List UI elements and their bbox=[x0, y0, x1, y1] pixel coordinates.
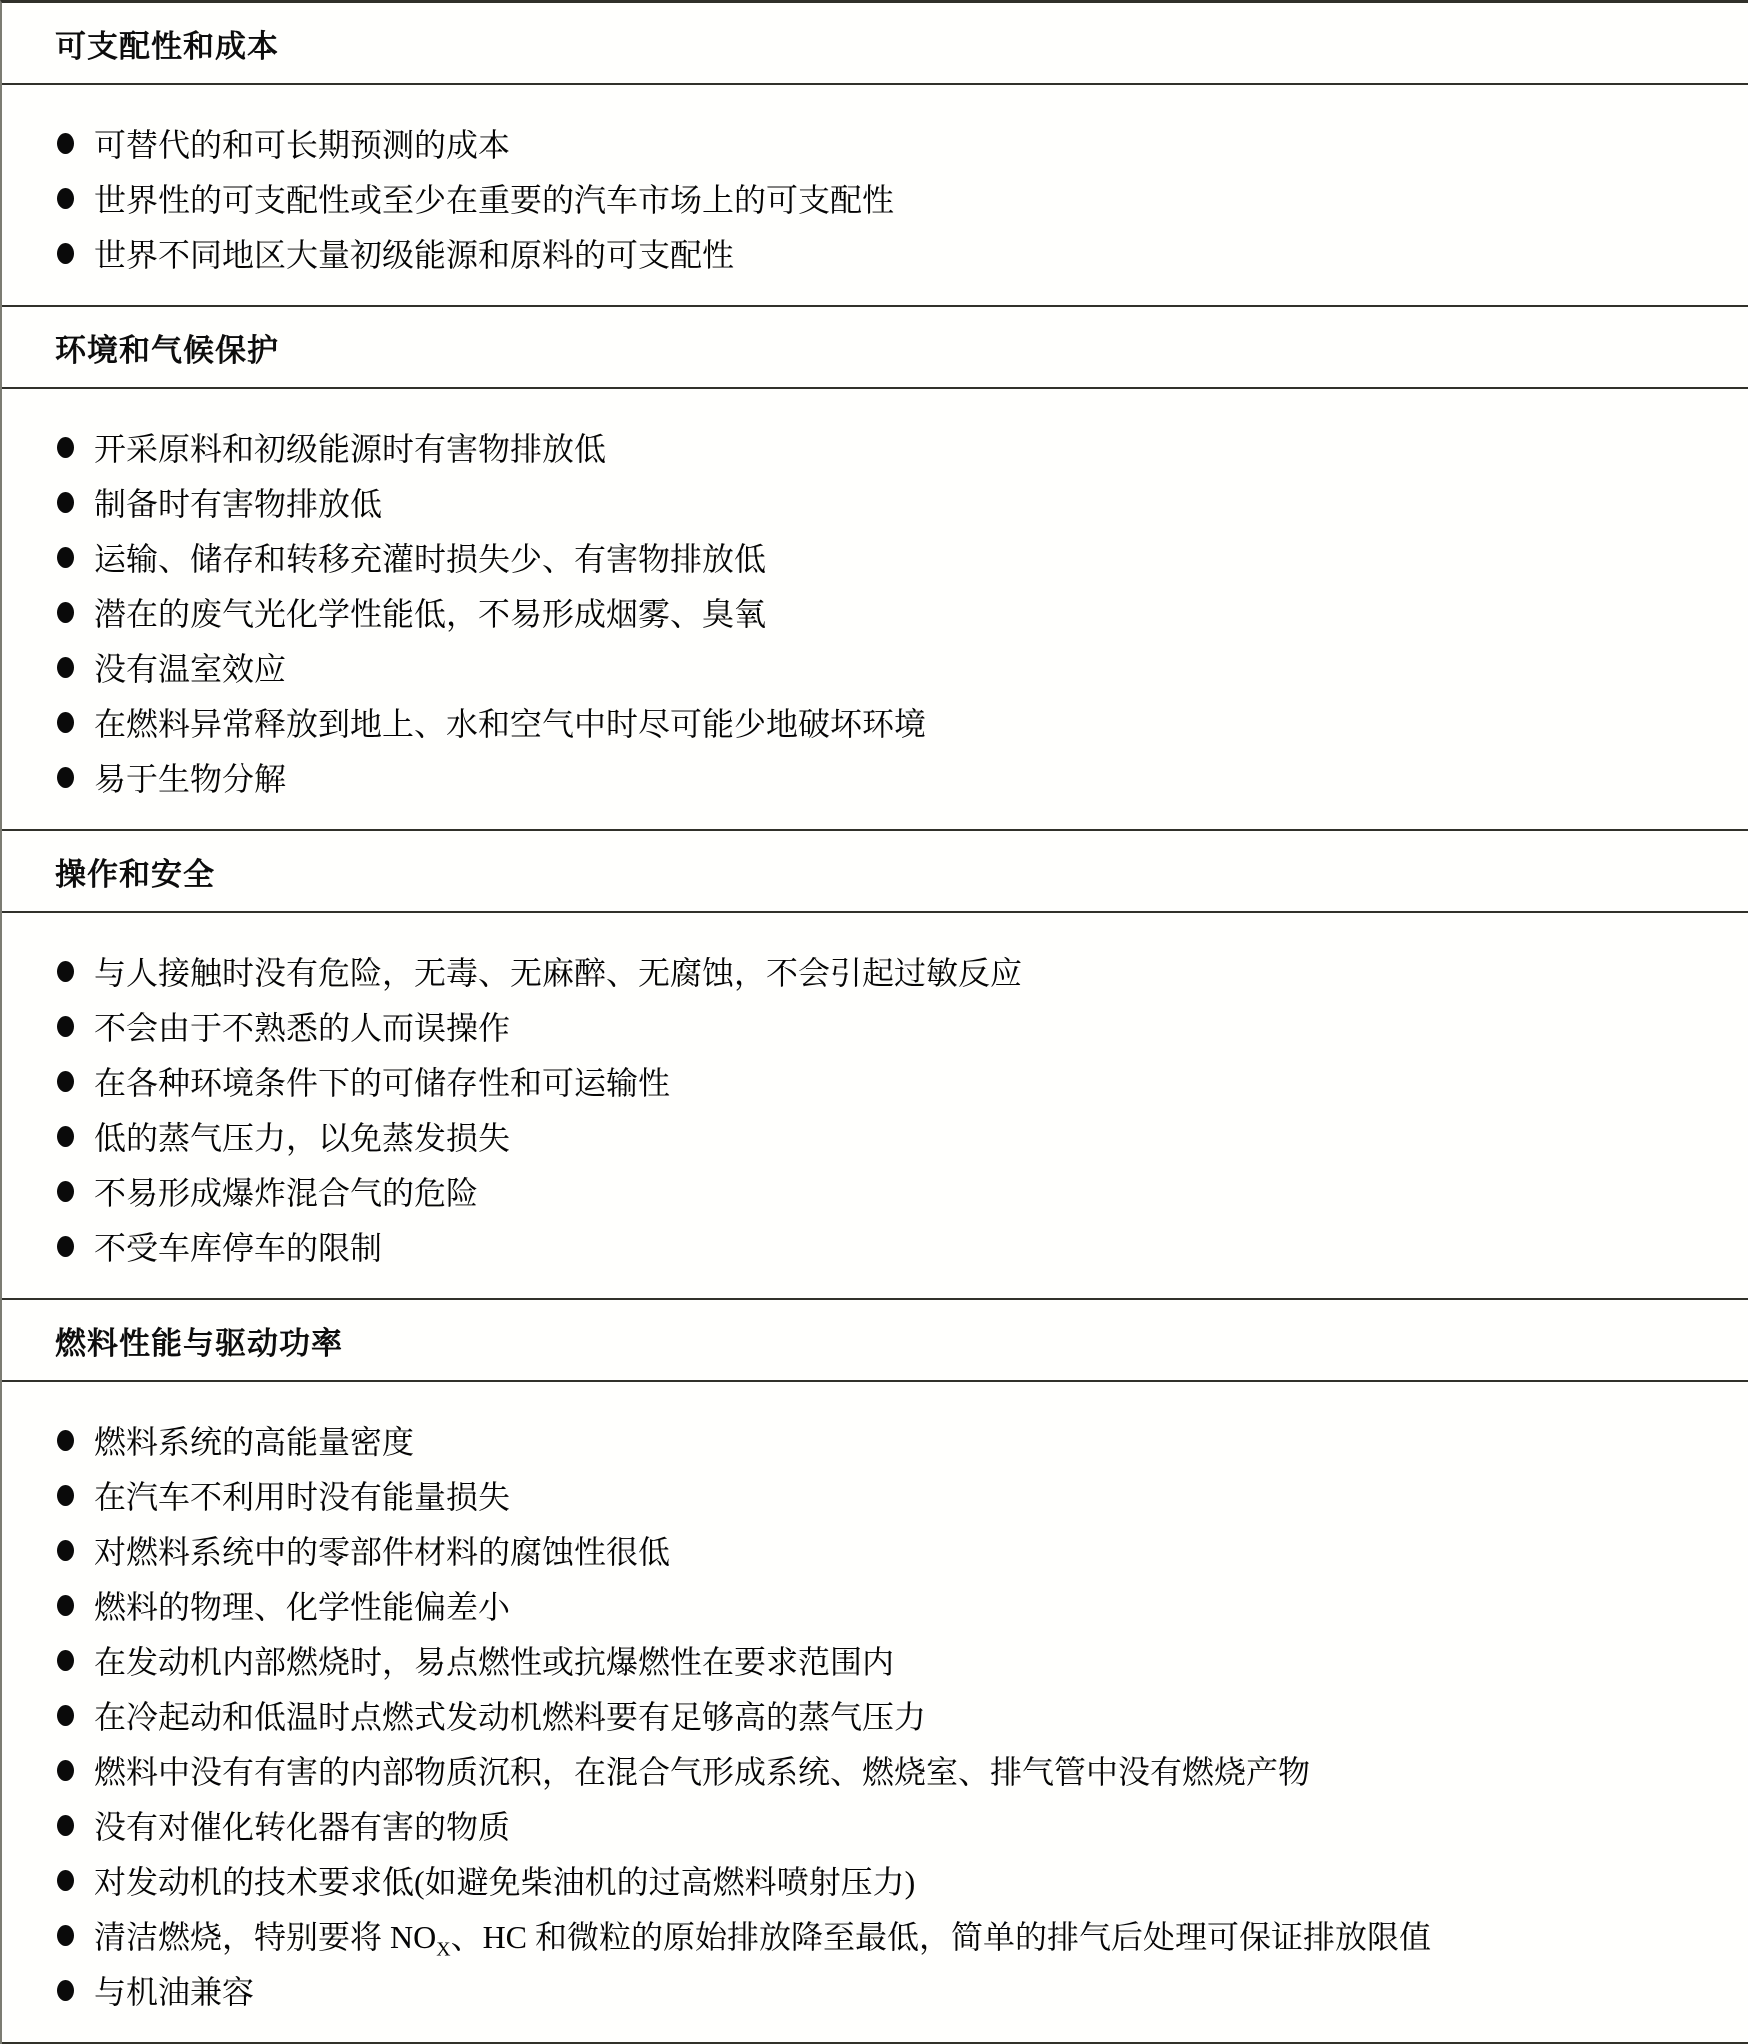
bullet-icon bbox=[57, 492, 74, 513]
section-title: 燃料性能与驱动功率 bbox=[55, 1318, 343, 1363]
list-item-text: 运输、储存和转移充灌时损失少、有害物排放低 bbox=[94, 532, 766, 587]
list-item: 潜在的废气光化学性能低，不易形成烟雾、臭氧 bbox=[2, 587, 1748, 642]
bullet-icon bbox=[57, 243, 74, 264]
list-item-text: 燃料的物理、化学性能偏差小 bbox=[94, 1580, 510, 1635]
list-item-text: 世界不同地区大量初级能源和原料的可支配性 bbox=[94, 228, 734, 283]
bullet-icon bbox=[57, 188, 74, 209]
list-item: 可替代的和可长期预测的成本 bbox=[2, 118, 1748, 173]
list-item: 与机油兼容 bbox=[2, 1965, 1748, 2020]
section-header-row: 操作和安全 bbox=[2, 831, 1748, 913]
list-item: 制备时有害物排放低 bbox=[2, 477, 1748, 532]
bullet-icon bbox=[57, 1980, 74, 2001]
list-item-text: 开采原料和初级能源时有害物排放低 bbox=[94, 422, 606, 477]
list-item-text: 可替代的和可长期预测的成本 bbox=[94, 118, 510, 173]
list-item: 世界不同地区大量初级能源和原料的可支配性 bbox=[2, 228, 1748, 283]
list-item-text: 没有对催化转化器有害的物质 bbox=[94, 1800, 510, 1855]
list-item: 燃料中没有有害的内部物质沉积，在混合气形成系统、燃烧室、排气管中没有燃烧产物 bbox=[2, 1745, 1748, 1800]
list-item: 易于生物分解 bbox=[2, 752, 1748, 807]
bullet-icon bbox=[57, 1870, 74, 1891]
list-item: 不受车库停车的限制 bbox=[2, 1221, 1748, 1276]
bullet-icon bbox=[57, 1595, 74, 1616]
table-section: 燃料性能与驱动功率 燃料系统的高能量密度 在汽车不利用时没有能量损失 对燃料系统… bbox=[2, 1300, 1748, 2044]
list-item-text: 制备时有害物排放低 bbox=[94, 477, 382, 532]
list-item-text: 潜在的废气光化学性能低，不易形成烟雾、臭氧 bbox=[94, 587, 766, 642]
list-item-text: 低的蒸气压力，以免蒸发损失 bbox=[94, 1111, 510, 1166]
table-section: 可支配性和成本 可替代的和可长期预测的成本 世界性的可支配性或至少在重要的汽车市… bbox=[2, 3, 1748, 307]
list-item: 对燃料系统中的零部件材料的腐蚀性很低 bbox=[2, 1525, 1748, 1580]
list-item-text: 与机油兼容 bbox=[94, 1965, 254, 2020]
section-item-list: 燃料系统的高能量密度 在汽车不利用时没有能量损失 对燃料系统中的零部件材料的腐蚀… bbox=[2, 1382, 1748, 2044]
list-item: 运输、储存和转移充灌时损失少、有害物排放低 bbox=[2, 532, 1748, 587]
section-header-row: 可支配性和成本 bbox=[2, 3, 1748, 85]
list-item-text: 在发动机内部燃烧时，易点燃性或抗爆燃性在要求范围内 bbox=[94, 1635, 894, 1690]
list-item-text: 在各种环境条件下的可储存性和可运输性 bbox=[94, 1056, 670, 1111]
bullet-icon bbox=[57, 1815, 74, 1836]
section-header-row: 环境和气候保护 bbox=[2, 307, 1748, 389]
list-item-text: 对发动机的技术要求低(如避免柴油机的过高燃料喷射压力) bbox=[94, 1855, 915, 1910]
list-item-text: 不易形成爆炸混合气的危险 bbox=[94, 1166, 478, 1221]
bullet-icon bbox=[57, 437, 74, 458]
list-item: 没有温室效应 bbox=[2, 642, 1748, 697]
bullet-icon bbox=[57, 961, 74, 982]
list-item: 不会由于不熟悉的人而误操作 bbox=[2, 1001, 1748, 1056]
list-item: 与人接触时没有危险，无毒、无麻醉、无腐蚀，不会引起过敏反应 bbox=[2, 946, 1748, 1001]
list-item: 在燃料异常释放到地上、水和空气中时尽可能少地破坏环境 bbox=[2, 697, 1748, 752]
list-item-text: 燃料系统的高能量密度 bbox=[94, 1415, 414, 1470]
list-item: 开采原料和初级能源时有害物排放低 bbox=[2, 422, 1748, 477]
bullet-icon bbox=[57, 1236, 74, 1257]
section-item-list: 与人接触时没有危险，无毒、无麻醉、无腐蚀，不会引起过敏反应 不会由于不熟悉的人而… bbox=[2, 913, 1748, 1300]
bullet-icon bbox=[57, 1430, 74, 1451]
list-item: 世界性的可支配性或至少在重要的汽车市场上的可支配性 bbox=[2, 173, 1748, 228]
list-item-text: 世界性的可支配性或至少在重要的汽车市场上的可支配性 bbox=[94, 173, 894, 228]
list-item-text: 易于生物分解 bbox=[94, 752, 286, 807]
section-title: 可支配性和成本 bbox=[55, 21, 279, 66]
list-item-text: 清洁燃烧，特别要将 NOX、HC 和微粒的原始排放降至最低，简单的排气后处理可保… bbox=[94, 1910, 1431, 1965]
bullet-icon bbox=[57, 1705, 74, 1726]
list-item: 燃料系统的高能量密度 bbox=[2, 1415, 1748, 1470]
list-item: 燃料的物理、化学性能偏差小 bbox=[2, 1580, 1748, 1635]
list-item-text: 在冷起动和低温时点燃式发动机燃料要有足够高的蒸气压力 bbox=[94, 1690, 926, 1745]
list-item: 对发动机的技术要求低(如避免柴油机的过高燃料喷射压力) bbox=[2, 1855, 1748, 1910]
list-item: 在发动机内部燃烧时，易点燃性或抗爆燃性在要求范围内 bbox=[2, 1635, 1748, 1690]
bullet-icon bbox=[57, 1650, 74, 1671]
list-item: 不易形成爆炸混合气的危险 bbox=[2, 1166, 1748, 1221]
bullet-icon bbox=[57, 712, 74, 733]
list-item-text: 没有温室效应 bbox=[94, 642, 286, 697]
list-item: 低的蒸气压力，以免蒸发损失 bbox=[2, 1111, 1748, 1166]
list-item-text: 与人接触时没有危险，无毒、无麻醉、无腐蚀，不会引起过敏反应 bbox=[94, 946, 1022, 1001]
section-item-list: 开采原料和初级能源时有害物排放低 制备时有害物排放低 运输、储存和转移充灌时损失… bbox=[2, 389, 1748, 831]
bullet-icon bbox=[57, 657, 74, 678]
section-header-row: 燃料性能与驱动功率 bbox=[2, 1300, 1748, 1382]
fuel-requirements-table: 可支配性和成本 可替代的和可长期预测的成本 世界性的可支配性或至少在重要的汽车市… bbox=[0, 0, 1748, 2044]
list-item-text: 在汽车不利用时没有能量损失 bbox=[94, 1470, 510, 1525]
section-item-list: 可替代的和可长期预测的成本 世界性的可支配性或至少在重要的汽车市场上的可支配性 … bbox=[2, 85, 1748, 307]
list-item: 在各种环境条件下的可储存性和可运输性 bbox=[2, 1056, 1748, 1111]
bullet-icon bbox=[57, 1016, 74, 1037]
list-item: 清洁燃烧，特别要将 NOX、HC 和微粒的原始排放降至最低，简单的排气后处理可保… bbox=[2, 1910, 1748, 1965]
section-title: 操作和安全 bbox=[55, 849, 215, 894]
table-section: 操作和安全 与人接触时没有危险，无毒、无麻醉、无腐蚀，不会引起过敏反应 不会由于… bbox=[2, 831, 1748, 1300]
list-item: 在汽车不利用时没有能量损失 bbox=[2, 1470, 1748, 1525]
list-item-text: 燃料中没有有害的内部物质沉积，在混合气形成系统、燃烧室、排气管中没有燃烧产物 bbox=[94, 1745, 1310, 1800]
list-item-text: 在燃料异常释放到地上、水和空气中时尽可能少地破坏环境 bbox=[94, 697, 926, 752]
list-item-text: 不受车库停车的限制 bbox=[94, 1221, 382, 1276]
bullet-icon bbox=[57, 1126, 74, 1147]
bullet-icon bbox=[57, 547, 74, 568]
bullet-icon bbox=[57, 1540, 74, 1561]
bullet-icon bbox=[57, 1760, 74, 1781]
bullet-icon bbox=[57, 767, 74, 788]
list-item-text: 对燃料系统中的零部件材料的腐蚀性很低 bbox=[94, 1525, 670, 1580]
bullet-icon bbox=[57, 133, 74, 154]
bullet-icon bbox=[57, 1485, 74, 1506]
list-item: 在冷起动和低温时点燃式发动机燃料要有足够高的蒸气压力 bbox=[2, 1690, 1748, 1745]
list-item-text: 不会由于不熟悉的人而误操作 bbox=[94, 1001, 510, 1056]
bullet-icon bbox=[57, 602, 74, 623]
table-section: 环境和气候保护 开采原料和初级能源时有害物排放低 制备时有害物排放低 运输、储存… bbox=[2, 307, 1748, 831]
bullet-icon bbox=[57, 1181, 74, 1202]
bullet-icon bbox=[57, 1071, 74, 1092]
section-title: 环境和气候保护 bbox=[55, 325, 279, 370]
list-item: 没有对催化转化器有害的物质 bbox=[2, 1800, 1748, 1855]
bullet-icon bbox=[57, 1925, 74, 1946]
